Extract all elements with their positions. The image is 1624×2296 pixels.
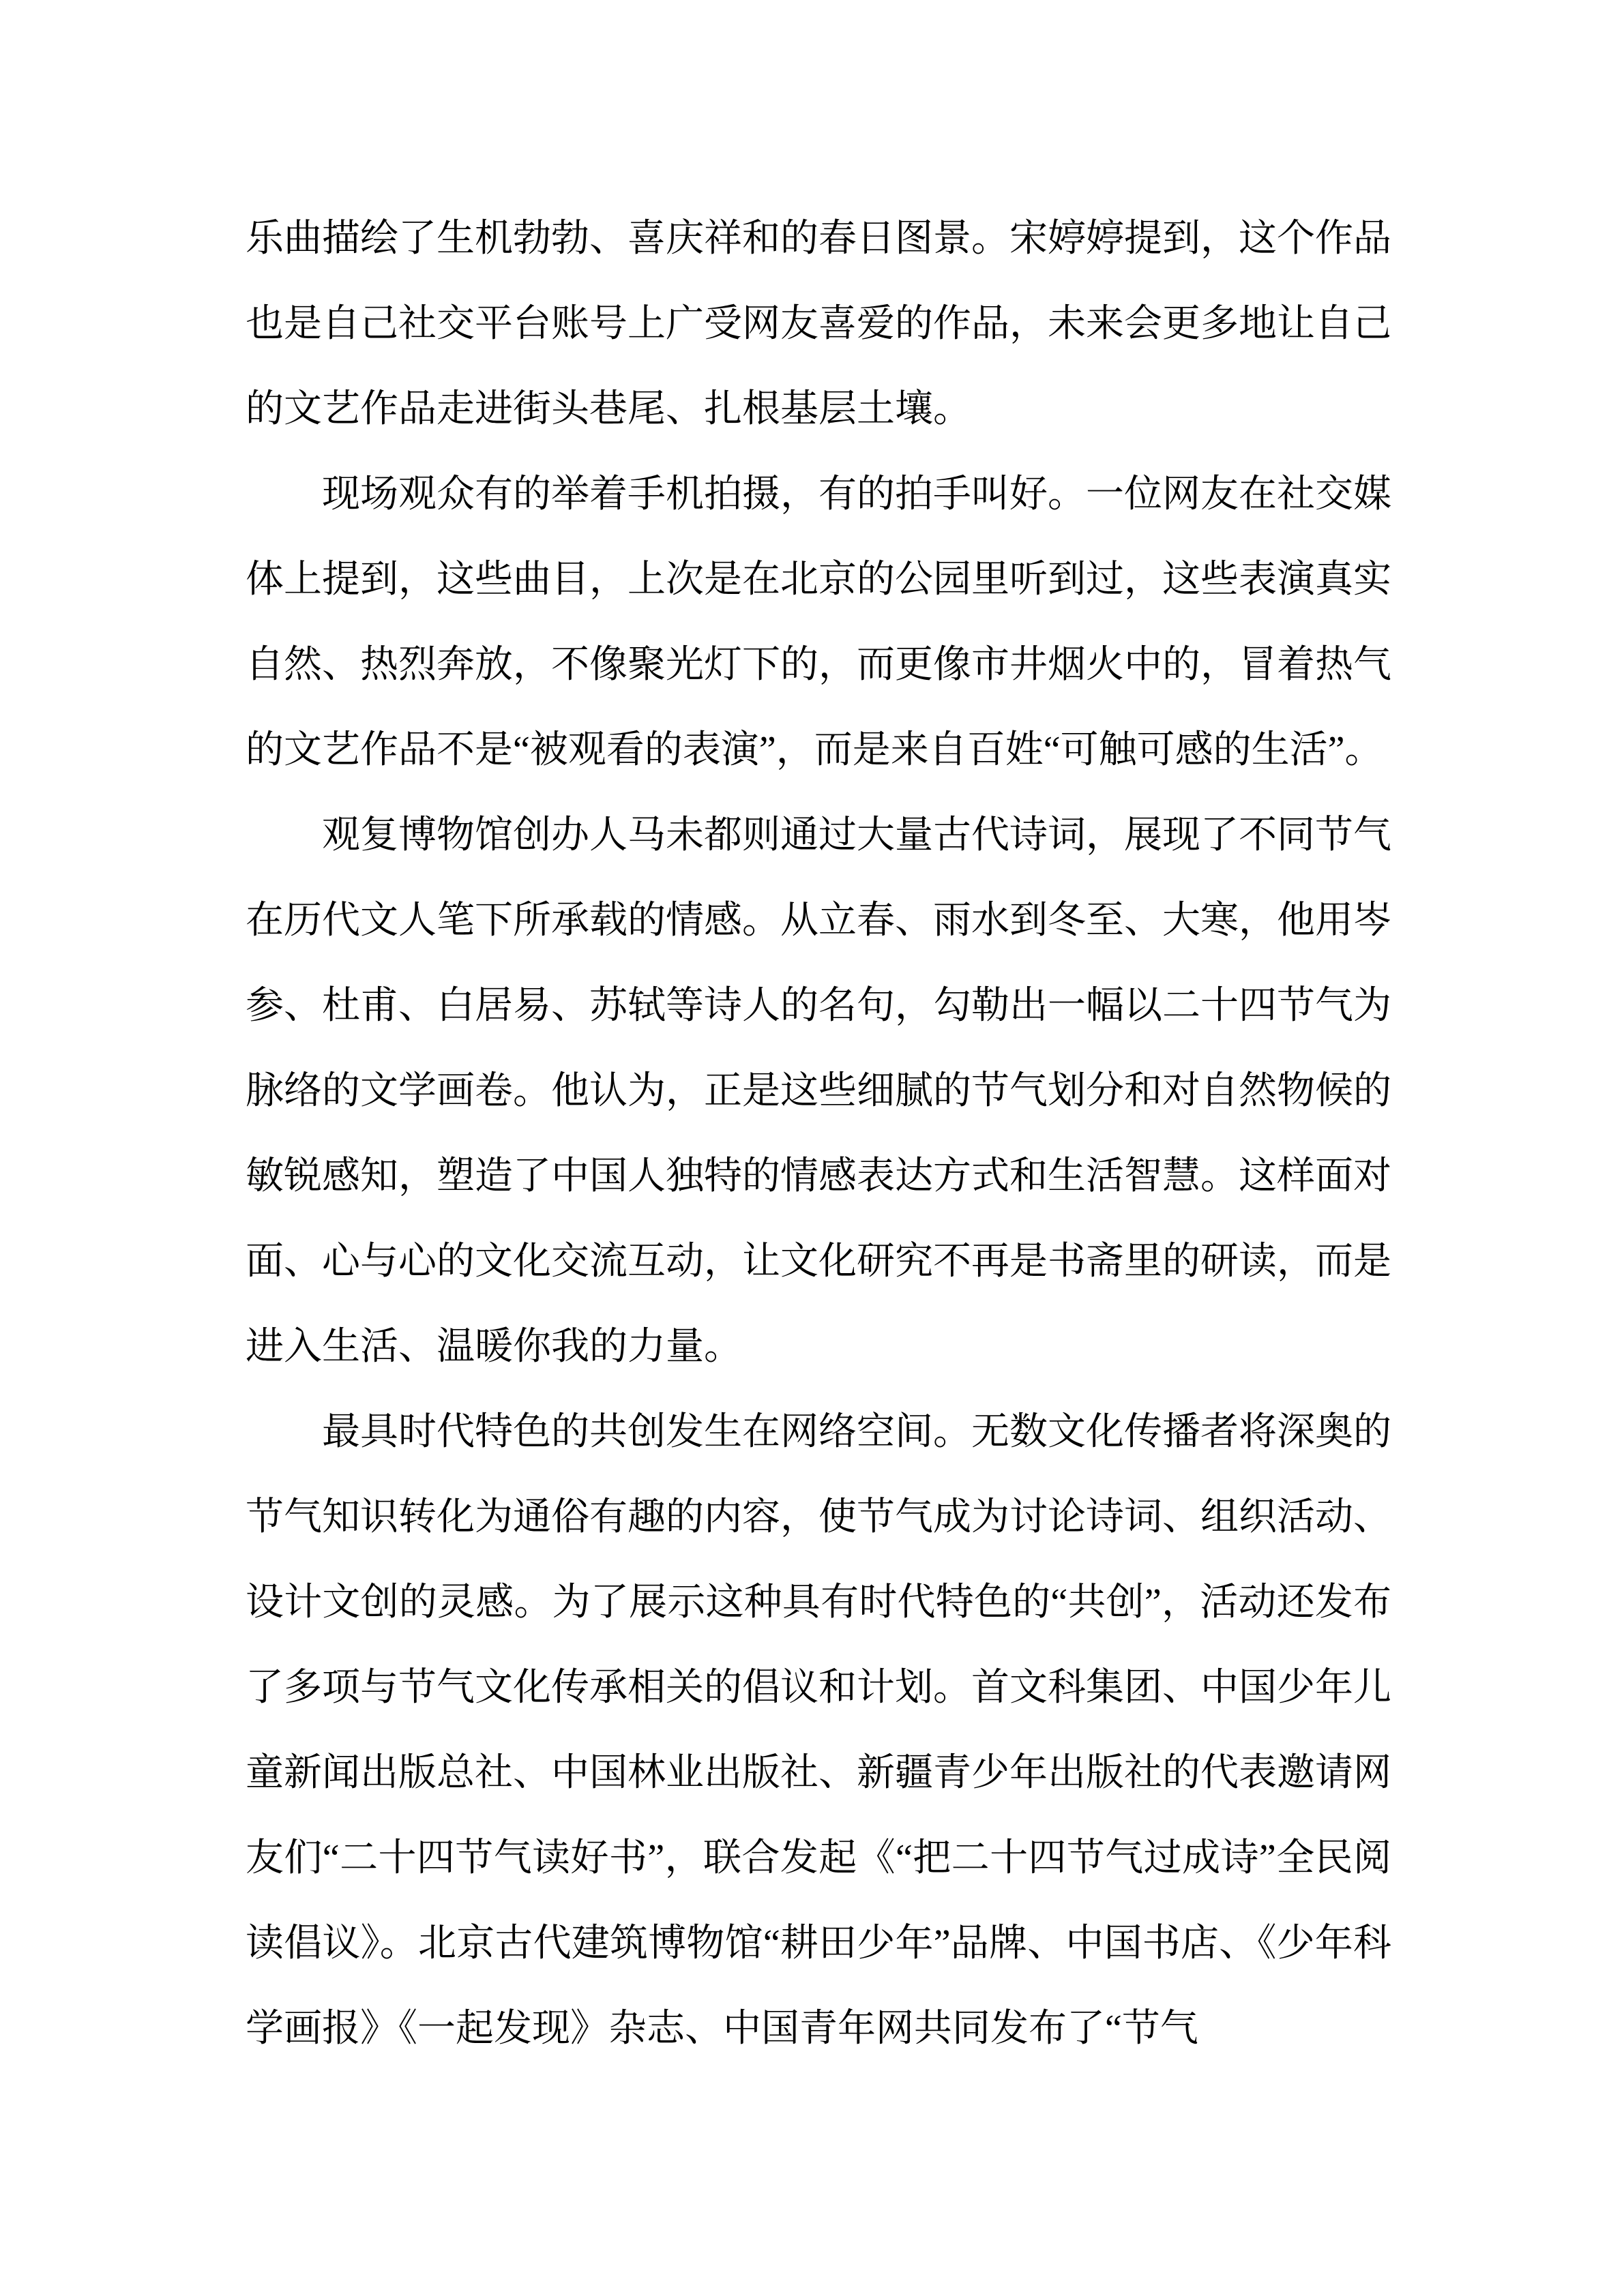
- paragraph: 最具时代特色的共创发生在网络空间。无数文化传播者将深奥的节气知识转化为通俗有趣的…: [246, 1390, 1391, 2072]
- document-page: 乐曲描绘了生机勃勃、喜庆祥和的春日图景。宋婷婷提到，这个作品也是自己社交平台账号…: [0, 0, 1624, 2296]
- paragraph: 乐曲描绘了生机勃勃、喜庆祥和的春日图景。宋婷婷提到，这个作品也是自己社交平台账号…: [246, 196, 1391, 452]
- paragraph: 观复博物馆创办人马未都则通过大量古代诗词，展现了不同节气在历代文人笔下所承载的情…: [246, 793, 1391, 1390]
- document-text-body: 乐曲描绘了生机勃勃、喜庆祥和的春日图景。宋婷婷提到，这个作品也是自己社交平台账号…: [246, 196, 1391, 2072]
- paragraph: 现场观众有的举着手机拍摄，有的拍手叫好。一位网友在社交媒体上提到，这些曲目，上次…: [246, 452, 1391, 793]
